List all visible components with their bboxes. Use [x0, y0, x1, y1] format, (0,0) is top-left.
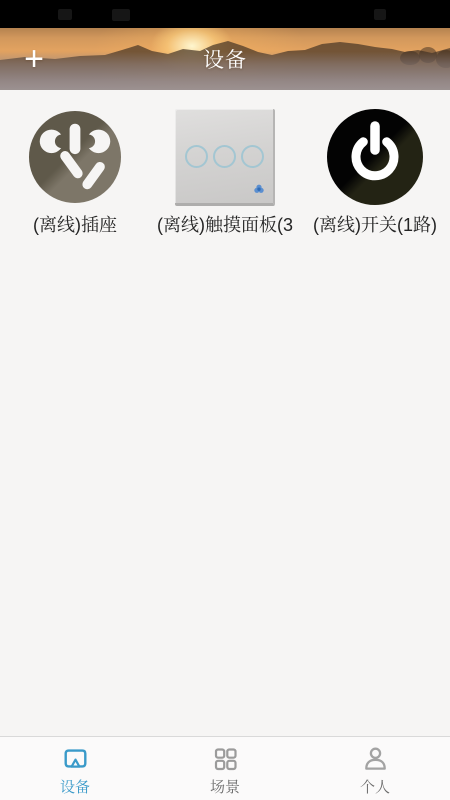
- power-switch-icon: [326, 108, 424, 206]
- brand-logo-icon: [254, 184, 264, 194]
- header: + 设备: [0, 28, 450, 90]
- status-battery-icon: [374, 9, 386, 20]
- touch-button-circle: [241, 145, 264, 168]
- device-item-switch[interactable]: (离线)开关(1路): [313, 107, 437, 236]
- person-icon: [361, 745, 390, 773]
- tab-scenes[interactable]: 场景: [150, 737, 300, 800]
- scenes-grid-icon: [211, 745, 240, 773]
- touch-panel-icon: [175, 109, 275, 206]
- device-grid: (离线)插座 (离线): [0, 90, 450, 236]
- touch-button-circle: [213, 145, 236, 168]
- tab-label: 设备: [60, 776, 90, 797]
- tab-label: 场景: [210, 776, 240, 797]
- status-notification-icon: [112, 9, 130, 21]
- page-title: 设备: [0, 44, 450, 74]
- device-label: (离线)开关(1路): [313, 214, 437, 236]
- tab-devices[interactable]: 设备: [0, 737, 150, 800]
- device-label: (离线)触摸面板(3: [157, 214, 293, 236]
- touch-button-circle: [185, 145, 208, 168]
- status-notification-icon: [58, 9, 72, 20]
- status-bar: [0, 0, 450, 28]
- tab-label: 个人: [360, 776, 390, 797]
- tab-profile[interactable]: 个人: [300, 737, 450, 800]
- device-screen-icon: [61, 745, 90, 773]
- device-label: (离线)插座: [33, 214, 117, 236]
- socket-icon: [28, 110, 122, 204]
- app-screen: + 设备: [0, 0, 450, 800]
- device-item-socket[interactable]: (离线)插座: [28, 107, 122, 236]
- bottom-tab-bar: 设备 场景 个人: [0, 736, 450, 800]
- device-item-touch-panel[interactable]: (离线)触摸面板(3: [157, 107, 293, 236]
